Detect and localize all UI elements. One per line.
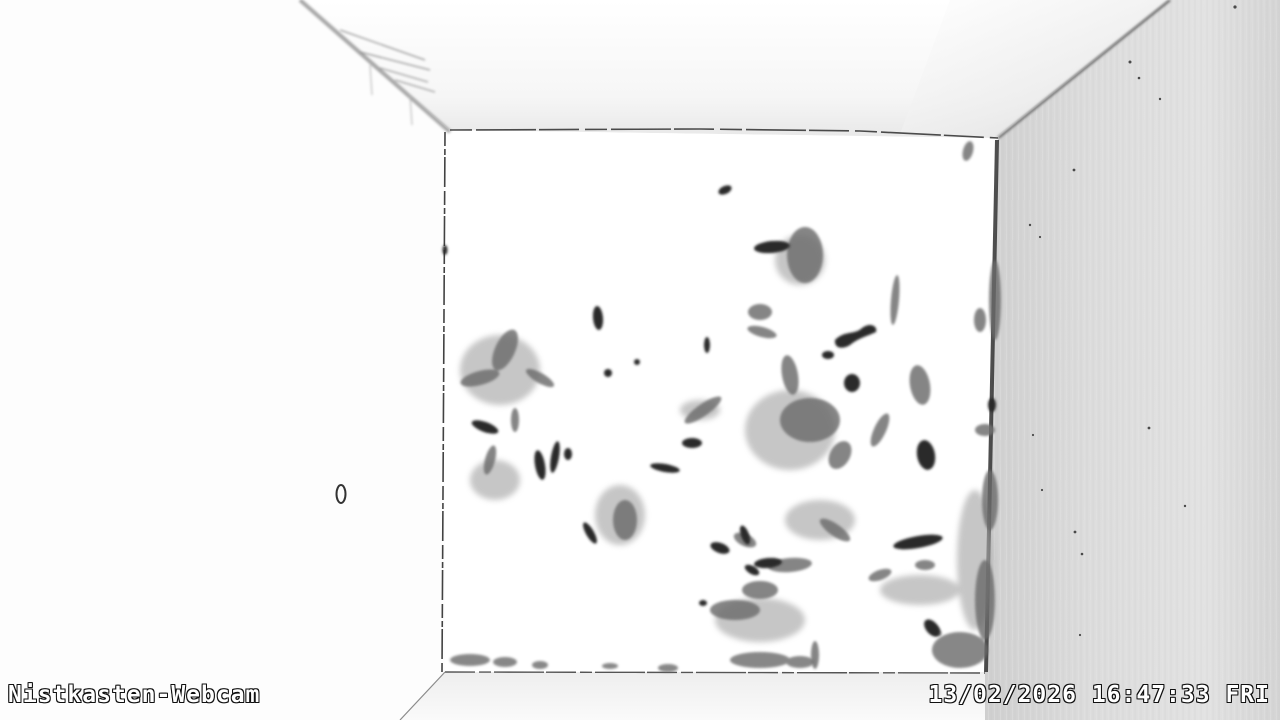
bottom-wall — [400, 672, 985, 720]
timestamp-overlay: 13/02/2026 16:47:33 FRI — [929, 684, 1271, 707]
webcam-frame: Nistkasten-Webcam 13/02/2026 16:47:33 FR… — [0, 0, 1280, 720]
camera-title-overlay: Nistkasten-Webcam — [8, 684, 260, 707]
nest-box-scene — [0, 0, 1280, 720]
left-wall — [0, 0, 445, 720]
